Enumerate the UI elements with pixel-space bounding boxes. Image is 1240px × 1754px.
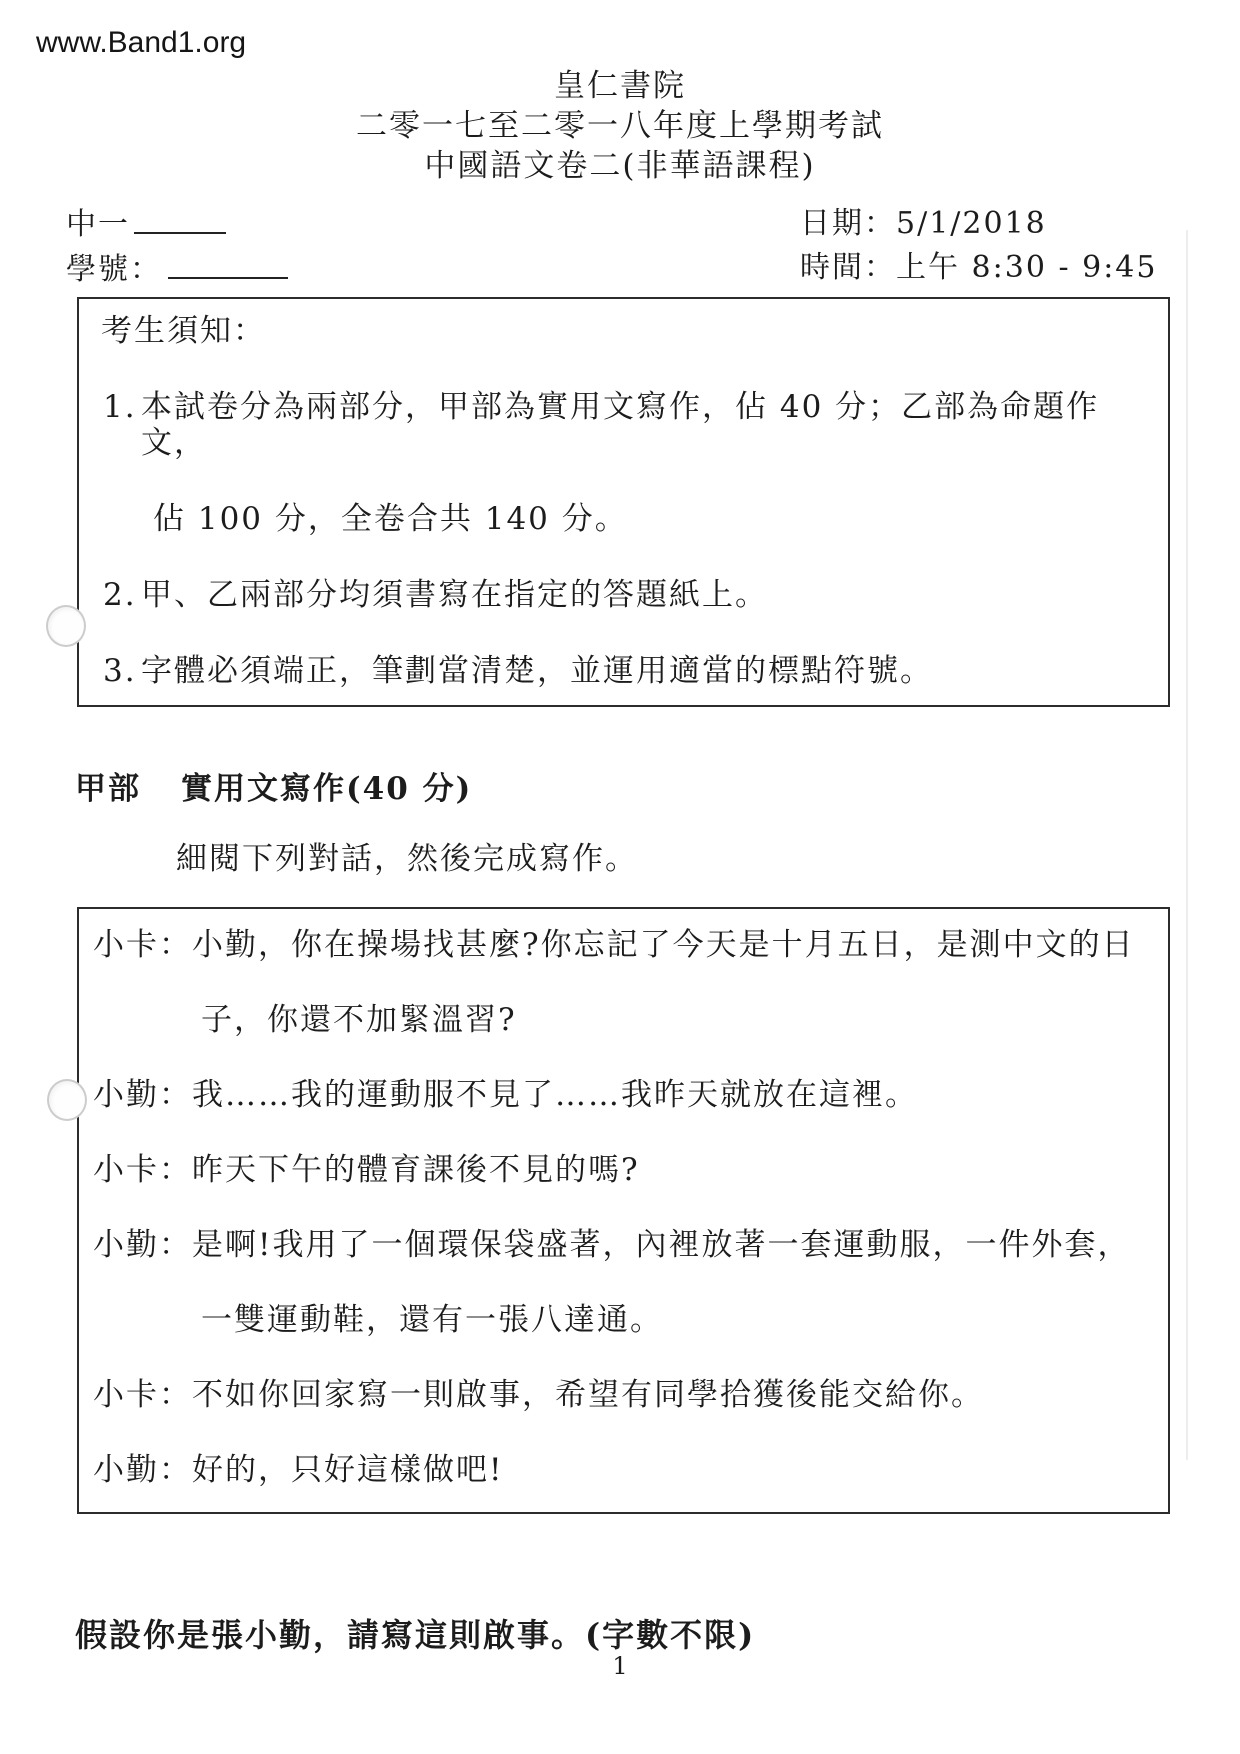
school-name: 皇仁書院 (0, 66, 1240, 106)
dialogue-line-1-speaker: 小卡： (93, 927, 192, 963)
exam-title: 二零一七至二零一八年度上學期考試 (0, 106, 1240, 146)
date-label: 日期： (800, 206, 896, 241)
dialogue-line-2: 子，你還不加緊溫習? (93, 1002, 1152, 1038)
dialogue-line-7-speaker: 小卡： (93, 1377, 192, 1413)
paper-header: 皇仁書院 二零一七至二零一八年度上學期考試 中國語文卷二(非華語課程) (0, 66, 1240, 186)
candidate-info-row: 中一 學號： 日期：5/1/2018 時間：上午 8:30 - 9:45 (66, 202, 1240, 290)
dialogue-line-4-text: 昨天下午的體育課後不見的嗎? (192, 1152, 640, 1188)
class-blank-field (134, 202, 226, 234)
dialogue-line-8: 小勤：好的，只好這樣做吧! (93, 1452, 1152, 1488)
notice-box: 考生須知： 1. 本試卷分為兩部分，甲部為實用文寫作，佔 40 分；乙部為命題作… (77, 297, 1170, 707)
notice-item-1: 1. 本試卷分為兩部分，甲部為實用文寫作，佔 40 分；乙部為命題作文， (91, 389, 1150, 461)
dialogue-line-8-text: 好的，只好這樣做吧! (192, 1452, 503, 1488)
dialogue-box: 小卡：小勤，你在操場找甚麼?你忘記了今天是十月五日，是測中文的日 子，你還不加緊… (77, 907, 1170, 1514)
dialogue-line-1-text: 小勤，你在操場找甚麼?你忘記了今天是十月五日，是測中文的日 (192, 927, 1135, 963)
notice-item-2-text: 甲、乙兩部分均須書寫在指定的答題紙上。 (141, 577, 768, 613)
dialogue-line-3: 小勤：我……我的運動服不見了……我昨天就放在這裡。 (93, 1077, 1152, 1113)
section-a-heading: 甲部實用文寫作(40 分) (75, 771, 1240, 807)
notice-item-1-text: 本試卷分為兩部分，甲部為實用文寫作，佔 40 分；乙部為命題作文， (141, 389, 1150, 461)
punch-hole-bottom (47, 1079, 87, 1121)
exam-paper-page: www.Band1.org 皇仁書院 二零一七至二零一八年度上學期考試 中國語文… (0, 0, 1240, 1754)
dialogue-line-4: 小卡：昨天下午的體育課後不見的嗎? (93, 1152, 1152, 1188)
dialogue-line-4-speaker: 小卡： (93, 1152, 192, 1188)
dialogue-line-6: 一雙運動鞋，還有一張八達通。 (93, 1302, 1152, 1338)
page-number: 1 (0, 1652, 1240, 1680)
class-label: 中一 (66, 207, 130, 242)
notice-item-3-text: 字體必須端正，筆劃當清楚，並運用適當的標點符號。 (141, 653, 933, 689)
dialogue-line-1: 小卡：小勤，你在操場找甚麼?你忘記了今天是十月五日，是測中文的日 (93, 927, 1152, 963)
dialogue-line-5-speaker: 小勤： (93, 1227, 192, 1263)
punch-hole-top (46, 605, 86, 647)
paper-title: 中國語文卷二(非華語課程) (0, 146, 1240, 186)
section-a-instruction: 細閱下列對話，然後完成寫作。 (176, 841, 1240, 877)
site-watermark: www.Band1.org (36, 26, 246, 60)
dialogue-line-3-text: 我……我的運動服不見了……我昨天就放在這裡。 (192, 1077, 918, 1113)
notice-item-1-number: 1. (91, 389, 141, 461)
notice-item-1-continuation: 佔 100 分，全卷合共 140 分。 (91, 501, 1150, 537)
dialogue-line-3-speaker: 小勤： (93, 1077, 192, 1113)
dialogue-line-5: 小勤：是啊!我用了一個環保袋盛著，內裡放著一套運動服，一件外套， (93, 1227, 1152, 1263)
dialogue-line-6-text: 一雙運動鞋，還有一張八達通。 (201, 1302, 663, 1338)
writing-task-prompt: 假設你是張小勤，請寫這則啟事。(字數不限) (75, 1610, 1240, 1656)
notice-item-3: 3. 字體必須端正，筆劃當清楚，並運用適當的標點符號。 (91, 653, 1150, 689)
dialogue-line-8-speaker: 小勤： (93, 1452, 192, 1488)
student-no-blank-field (168, 247, 288, 279)
date-value: 5/1/2018 (896, 206, 1047, 241)
notice-item-2-number: 2. (91, 577, 141, 613)
notice-item-2: 2. 甲、乙兩部分均須書寫在指定的答題紙上。 (91, 577, 1150, 613)
section-a-title: 實用文寫作(40 分) (181, 771, 472, 807)
candidate-info-right: 日期：5/1/2018 時間：上午 8:30 - 9:45 (800, 202, 1157, 290)
time-label: 時間： (800, 250, 896, 285)
date-line: 日期：5/1/2018 (800, 202, 1157, 246)
time-value: 上午 8:30 - 9:45 (896, 250, 1157, 285)
student-no-label: 學號： (66, 252, 162, 287)
time-line: 時間：上午 8:30 - 9:45 (800, 246, 1157, 290)
section-a-label: 甲部 (75, 771, 141, 807)
scan-edge-artifact (1186, 230, 1188, 1460)
dialogue-line-5-text: 是啊!我用了一個環保袋盛著，內裡放著一套運動服，一件外套， (192, 1227, 1130, 1263)
notice-title: 考生須知： (101, 313, 1150, 349)
dialogue-line-7-text: 不如你回家寫一則啟事，希望有同學拾獲後能交給你。 (192, 1377, 984, 1413)
notice-item-3-number: 3. (91, 653, 141, 689)
dialogue-line-2-text: 子，你還不加緊溫習? (201, 1002, 517, 1038)
dialogue-line-7: 小卡：不如你回家寫一則啟事，希望有同學拾獲後能交給你。 (93, 1377, 1152, 1413)
